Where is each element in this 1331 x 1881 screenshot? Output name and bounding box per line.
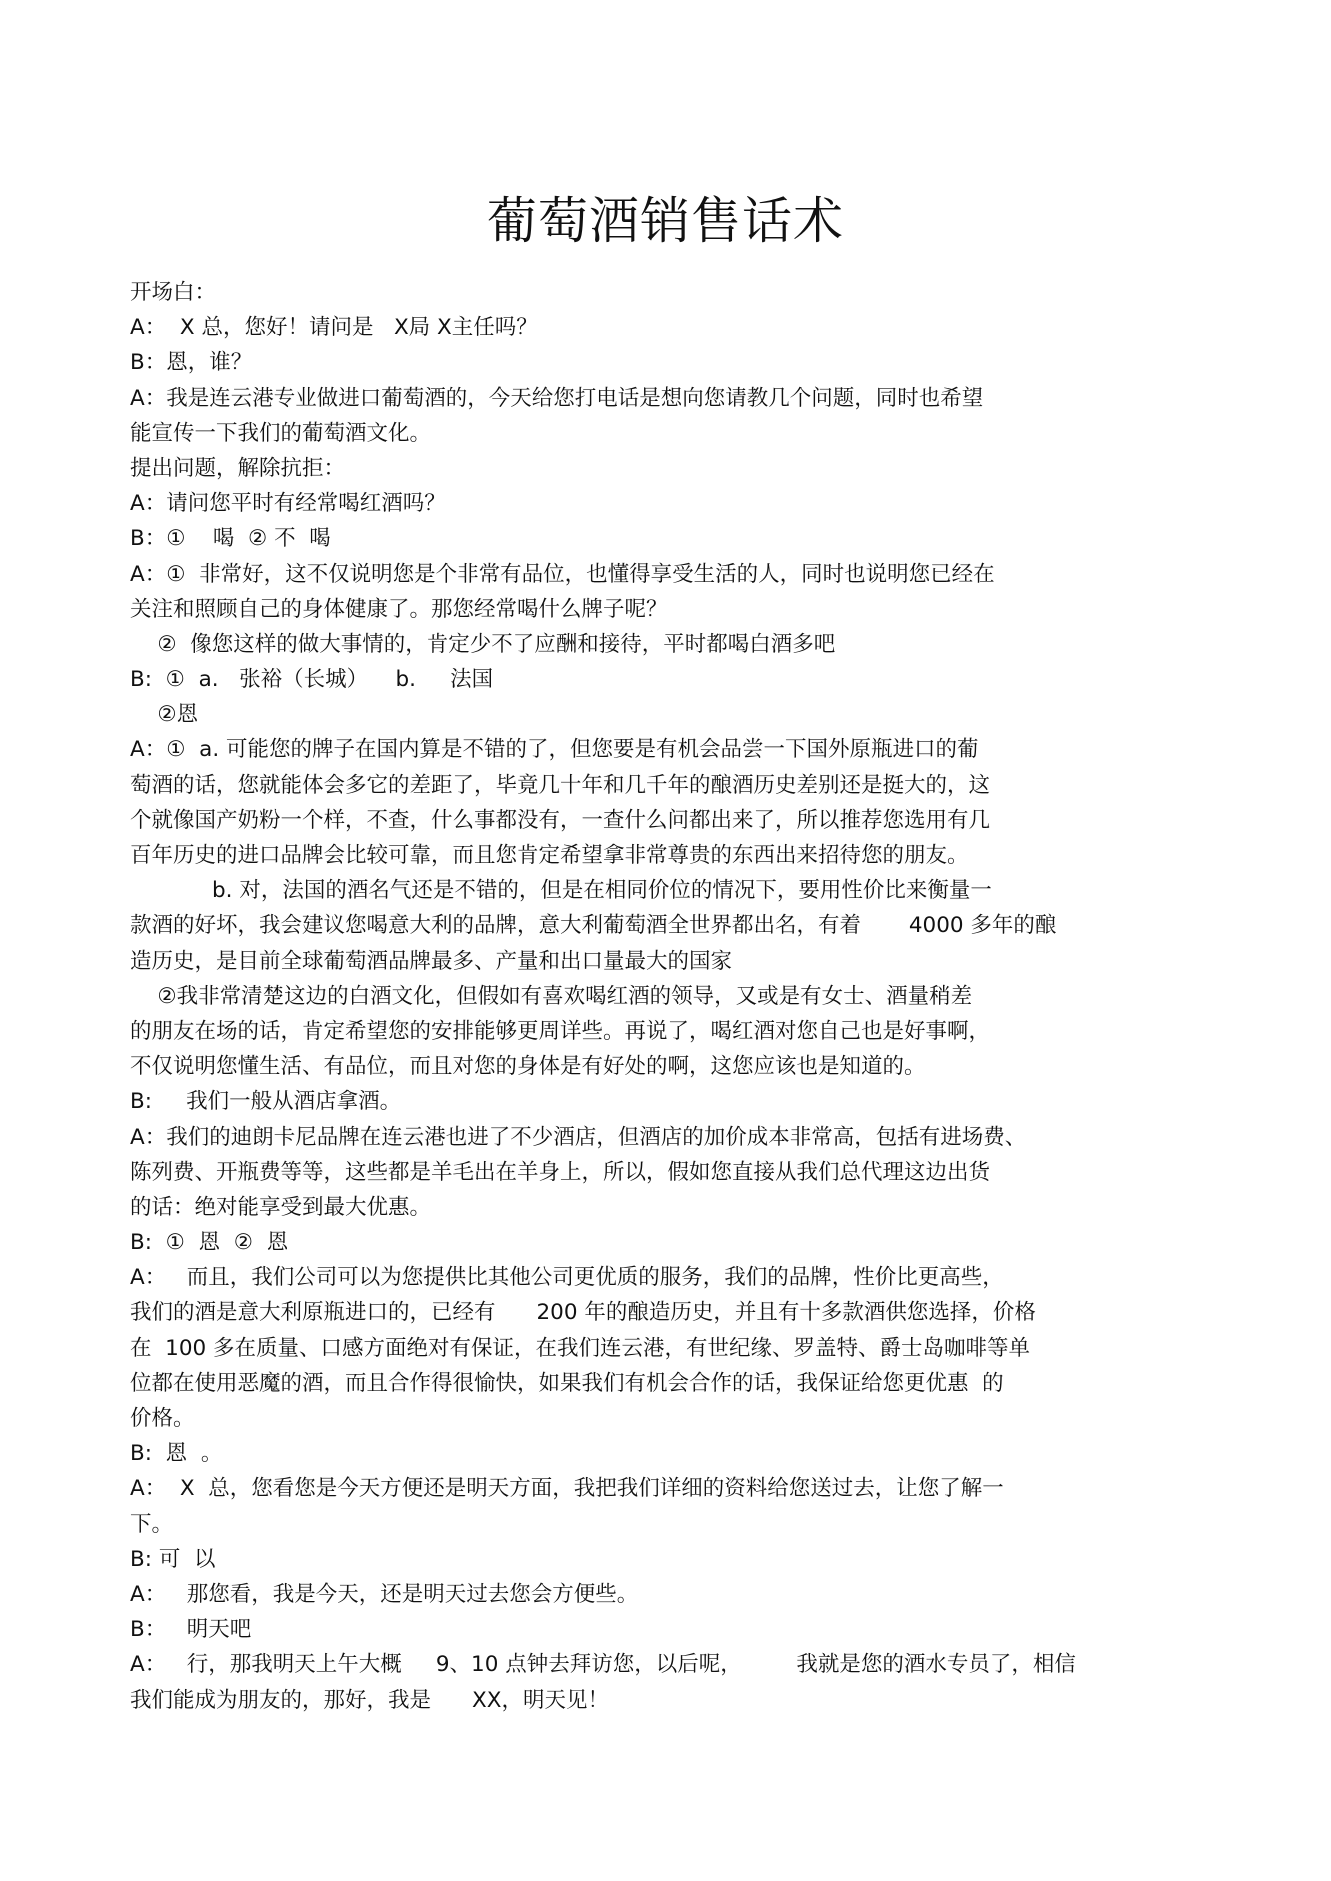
dialogue-line: 我们能成为朋友的，那好，我是 XX，明天见！ (130, 1683, 1250, 1718)
dialogue-line: B: 恩 。 (130, 1436, 1250, 1471)
dialogue-line: 陈列费、开瓶费等等，这些都是羊毛出在羊身上，所以，假如您直接从我们总代理这边出货 (130, 1155, 1250, 1190)
document-body: 开场白： A： X 总，您好！请问是 X局 X主任吗？ B：恩，谁？ A：我是连… (130, 275, 1250, 1718)
document-page: 葡萄酒销售话术 开场白： A： X 总，您好！请问是 X局 X主任吗？ B：恩，… (0, 0, 1331, 1881)
dialogue-line: B: 我们一般从酒店拿酒。 (130, 1084, 1250, 1119)
dialogue-line: 的朋友在场的话，肯定希望您的安排能够更周详些。再说了，喝红酒对您自己也是好事啊， (130, 1014, 1250, 1049)
dialogue-line: A： 而且，我们公司可以为您提供比其他公司更优质的服务，我们的品牌，性价比更高些… (130, 1260, 1250, 1295)
dialogue-line: A：① 非常好，这不仅说明您是个非常有品位，也懂得享受生活的人，同时也说明您已经… (130, 557, 1250, 592)
dialogue-line: A：我是连云港专业做进口葡萄酒的，今天给您打电话是想向您请教几个问题，同时也希望 (130, 381, 1250, 416)
dialogue-line: B：恩，谁？ (130, 345, 1250, 380)
dialogue-line: A： 那您看，我是今天，还是明天过去您会方便些。 (130, 1577, 1250, 1612)
dialogue-line: A：我们的迪朗卡尼品牌在连云港也进了不少酒店，但酒店的加价成本非常高，包括有进场… (130, 1120, 1250, 1155)
dialogue-line: B: 可 以 (130, 1542, 1250, 1577)
dialogue-line: A： X 总，您看您是今天方便还是明天方面，我把我们详细的资料给您送过去，让您了… (130, 1471, 1250, 1506)
dialogue-line: 造历史，是目前全球葡萄酒品牌最多、产量和出口量最大的国家 (130, 944, 1250, 979)
dialogue-line: 位都在使用恶魔的酒，而且合作得很愉快，如果我们有机会合作的话，我保证给您更优惠 … (130, 1366, 1250, 1401)
dialogue-line: 款酒的好坏，我会建议您喝意大利的品牌，意大利葡萄酒全世界都出名，有着 4000 … (130, 908, 1250, 943)
dialogue-line: B: ① a. 张裕（长城） b. 法国 (130, 662, 1250, 697)
dialogue-line: A：请问您平时有经常喝红酒吗？ (130, 486, 1250, 521)
dialogue-line: A：① a. 可能您的牌子在国内算是不错的了，但您要是有机会品尝一下国外原瓶进口… (130, 732, 1250, 767)
dialogue-line: B：① 喝 ② 不 喝 (130, 521, 1250, 556)
dialogue-line: ②我非常清楚这边的白酒文化，但假如有喜欢喝红酒的领导，又或是有女士、酒量稍差 (130, 979, 1250, 1014)
dialogue-line: 价格。 (130, 1401, 1250, 1436)
dialogue-line: 我们的酒是意大利原瓶进口的，已经有 200 年的酿造历史，并且有十多款酒供您选择… (130, 1295, 1250, 1330)
dialogue-line: 的话：绝对能享受到最大优惠。 (130, 1190, 1250, 1225)
dialogue-line: 关注和照顾自己的身体健康了。那您经常喝什么牌子呢？ (130, 592, 1250, 627)
dialogue-line: ②恩 (130, 697, 1250, 732)
dialogue-line: B: ① 恩 ② 恩 (130, 1225, 1250, 1260)
dialogue-line: 下。 (130, 1507, 1250, 1542)
dialogue-line: ② 像您这样的做大事情的，肯定少不了应酬和接待，平时都喝白酒多吧 (130, 627, 1250, 662)
dialogue-line: b. 对，法国的酒名气还是不错的，但是在相同价位的情况下，要用性价比来衡量一 (130, 873, 1250, 908)
dialogue-line: 个就像国产奶粉一个样，不查，什么事都没有，一查什么问都出来了，所以推荐您选用有几 (130, 803, 1250, 838)
dialogue-line: 能宣传一下我们的葡萄酒文化。 (130, 416, 1250, 451)
dialogue-line: A： X 总，您好！请问是 X局 X主任吗？ (130, 310, 1250, 345)
dialogue-line: 萄酒的话，您就能体会多它的差距了，毕竟几十年和几千年的酿酒历史差别还是挺大的，这 (130, 768, 1250, 803)
dialogue-line: 在 100 多在质量、口感方面绝对有保证，在我们连云港，有世纪缘、罗盖特、爵士岛… (130, 1331, 1250, 1366)
dialogue-line: B： 明天吧 (130, 1612, 1250, 1647)
dialogue-line: 百年历史的进口品牌会比较可靠，而且您肯定希望拿非常尊贵的东西出来招待您的朋友。 (130, 838, 1250, 873)
dialogue-line: 不仅说明您懂生活、有品位，而且对您的身体是有好处的啊，这您应该也是知道的。 (130, 1049, 1250, 1084)
section-heading-objections: 提出问题，解除抗拒： (130, 451, 1250, 486)
section-heading-opening: 开场白： (130, 275, 1250, 310)
dialogue-line: A： 行，那我明天上午大概 9、10 点钟去拜访您，以后呢， 我就是您的酒水专员… (130, 1647, 1250, 1682)
document-title: 葡萄酒销售话术 (0, 186, 1331, 256)
